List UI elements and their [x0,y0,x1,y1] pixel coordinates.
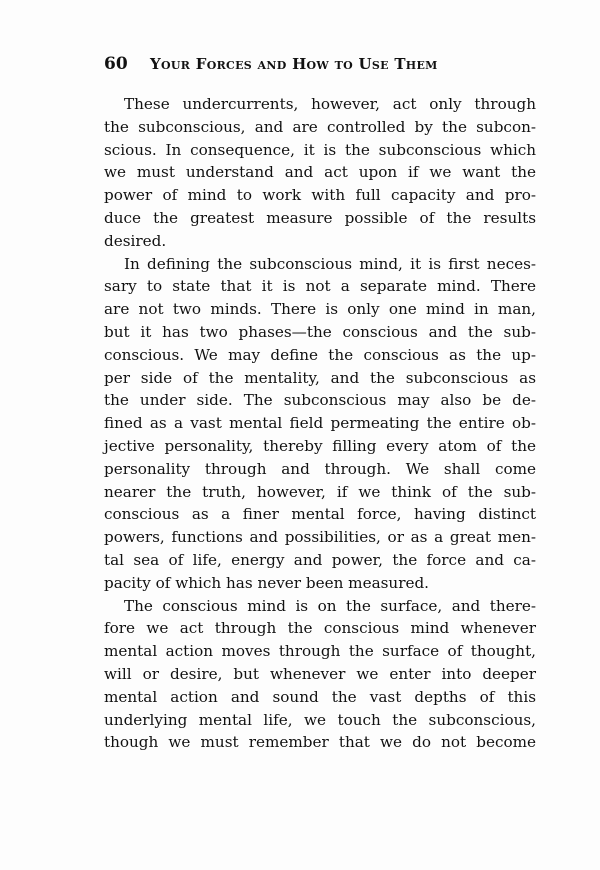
text-line: fore we act through the conscious mind w… [104,617,536,640]
page-number: 60 [104,54,128,74]
text-line: powers, functions and possibilities, or … [104,526,536,549]
text-line: though we must remember that we do not b… [104,731,536,754]
text-line: mental action and sound the vast depths … [104,686,536,709]
text-line: personality through and through. We shal… [104,458,536,481]
text-line: we must understand and act upon if we wa… [104,161,536,184]
text-line: per side of the mentality, and the subco… [104,367,536,390]
text-line: pacity of which has never been measured. [104,572,536,595]
text-line: jective personality, thereby filling eve… [104,435,536,458]
text-line: These undercurrents, however, act only t… [104,93,536,116]
text-line: but it has two phases—the conscious and … [104,321,536,344]
text-line: In defining the subconscious mind, it is… [104,253,536,276]
running-title: Your Forces and How to Use Them [150,55,438,73]
text-line: fined as a vast mental field permeating … [104,412,536,435]
paragraph: The conscious mind is on the surface, an… [104,595,536,755]
text-line: conscious. We may define the conscious a… [104,344,536,367]
book-page: 60 Your Forces and How to Use Them These… [0,0,600,870]
text-line: are not two minds. There is only one min… [104,298,536,321]
paragraph: In defining the subconscious mind, it is… [104,253,536,595]
paragraph: These undercurrents, however, act only t… [104,93,536,253]
text-line: the under side. The subconscious may als… [104,389,536,412]
body-text: These undercurrents, however, act only t… [104,93,536,754]
text-line: power of mind to work with full capacity… [104,184,536,207]
running-head: 60 Your Forces and How to Use Them [104,54,536,78]
text-line: conscious as a finer mental force, havin… [104,503,536,526]
text-line: The conscious mind is on the surface, an… [104,595,536,618]
text-line: underlying mental life, we touch the sub… [104,709,536,732]
text-line: duce the greatest measure possible of th… [104,207,536,230]
text-line: the subconscious, and are controlled by … [104,116,536,139]
text-line: tal sea of life, energy and power, the f… [104,549,536,572]
text-line: sary to state that it is not a separate … [104,275,536,298]
text-line: mental action moves through the surface … [104,640,536,663]
text-line: scious. In consequence, it is the subcon… [104,139,536,162]
text-line: desired. [104,230,536,253]
text-line: nearer the truth, however, if we think o… [104,481,536,504]
text-line: will or desire, but whenever we enter in… [104,663,536,686]
